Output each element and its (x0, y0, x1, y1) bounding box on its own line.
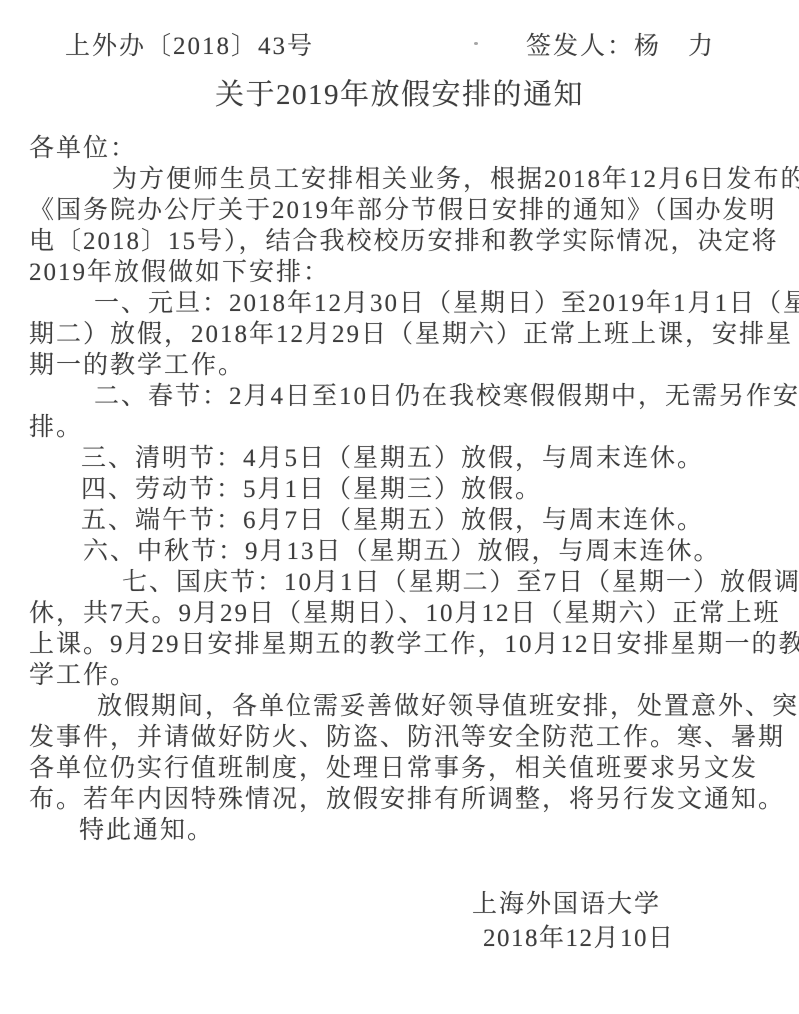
body-line: 各单位： (29, 133, 789, 164)
body-line: 三、清明节：4月5日（星期五）放假，与周末连休。 (29, 443, 789, 474)
body-line: 七、国庆节：10月1日（星期二）至7日（星期一）放假调 (29, 567, 789, 598)
notice-body: 各单位：为方便师生员工安排相关业务，根据2018年12月6日发布的《国务院办公厅… (29, 133, 789, 846)
body-line: 放假期间，各单位需妥善做好领导值班安排，处置意外、突 (29, 691, 789, 722)
body-line: 期二）放假，2018年12月29日（星期六）正常上班上课，安排星 (29, 319, 789, 350)
scan-speck (474, 42, 478, 45)
body-line: 2019年放假做如下安排： (29, 257, 789, 288)
body-line: 《国务院办公厅关于2019年部分节假日安排的通知》（国办发明 (29, 195, 789, 226)
body-line: 布。若年内因特殊情况，放假安排有所调整，将另行发文通知。 (29, 784, 789, 815)
body-line: 四、劳动节：5月1日（星期三）放假。 (29, 474, 789, 505)
body-line: 期一的教学工作。 (29, 350, 789, 381)
body-line: 特此通知。 (29, 815, 789, 846)
body-line: 学工作。 (29, 660, 789, 691)
body-line: 为方便师生员工安排相关业务，根据2018年12月6日发布的 (29, 164, 789, 195)
document-number: 上外办〔2018〕43号 (65, 26, 314, 62)
scanned-notice-page: 上外办〔2018〕43号 签发人：杨 力 关于2019年放假安排的通知 各单位：… (0, 0, 799, 1014)
body-line: 上课。9月29日安排星期五的教学工作，10月12日安排星期一的教 (29, 629, 789, 660)
body-line: 一、元旦：2018年12月30日（星期日）至2019年1月1日（星 (29, 288, 789, 319)
body-line: 各单位仍实行值班制度，处理日常事务，相关值班要求另文发 (29, 753, 789, 784)
body-line: 五、端午节：6月7日（星期五）放假，与周末连休。 (29, 505, 789, 536)
signature-date: 2018年12月10日 (483, 918, 675, 954)
body-line: 电〔2018〕15号），结合我校校历安排和教学实际情况，决定将 (29, 226, 789, 257)
body-line: 六、中秋节：9月13日（星期五）放假，与周末连休。 (29, 536, 789, 567)
body-line: 排。 (29, 412, 789, 443)
notice-title: 关于2019年放假安排的通知 (0, 72, 799, 113)
body-line: 二、春节：2月4日至10日仍在我校寒假假期中，无需另作安 (29, 381, 789, 412)
issuer-name: 签发人：杨 力 (526, 26, 715, 62)
signature-organization: 上海外国语大学 (472, 884, 661, 920)
body-line: 发事件，并请做好防火、防盗、防汛等安全防范工作。寒、暑期 (29, 722, 789, 753)
body-line: 休，共7天。9月29日（星期日）、10月12日（星期六）正常上班 (29, 598, 789, 629)
